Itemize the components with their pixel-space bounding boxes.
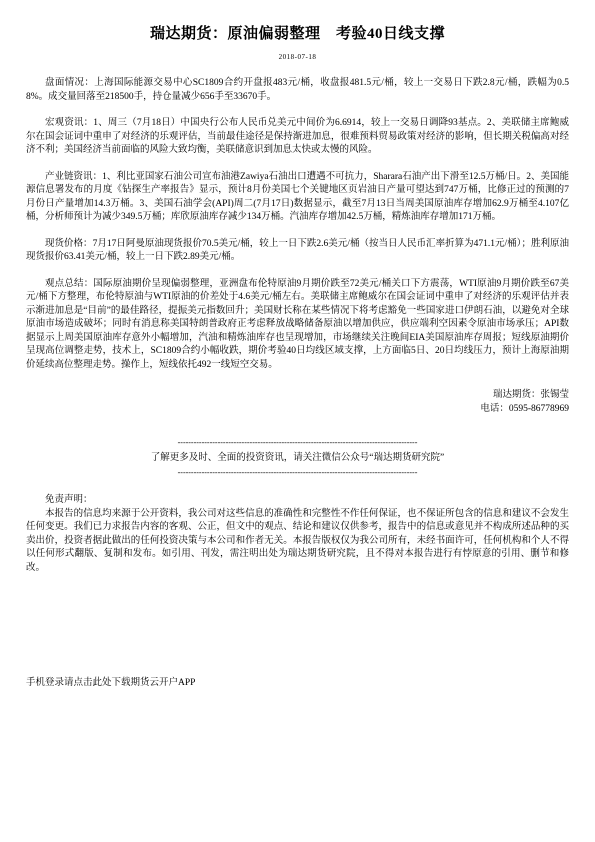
report-page: 瑞达期货：原油偏弱整理 考验40日线支撑 2018-07-18 盘面情况：上海国…	[0, 0, 595, 842]
signature-phone: 电话：0595-86778969	[26, 402, 569, 416]
wechat-promo-text: 了解更多及时、全面的投资资讯，请关注微信公众号“瑞达期货研究院”	[26, 450, 569, 466]
disclaimer-body: 本报告的信息均来源于公开资料，我公司对这些信息的准确性和完整性不作任何保证，也不…	[26, 508, 569, 576]
report-date: 2018-07-18	[26, 53, 569, 61]
signature-analyst: 瑞达期货：张锡莹	[26, 388, 569, 402]
disclaimer-section: 免责声明： 本报告的信息均来源于公开资料，我公司对这些信息的准确性和完整性不作任…	[26, 494, 569, 575]
paragraph-market-overview: 盘面情况：上海国际能源交易中心SC1809合约开盘报483元/桶，收盘报481.…	[26, 77, 569, 104]
divider-dashes-top: ----------------------------------------…	[26, 438, 569, 448]
divider-dashes-bottom: ----------------------------------------…	[26, 468, 569, 478]
report-title: 瑞达期货：原油偏弱整理 考验40日线支撑	[26, 24, 569, 44]
wechat-promo-block: ----------------------------------------…	[26, 438, 569, 478]
signature-block: 瑞达期货：张锡莹 电话：0595-86778969	[26, 388, 569, 416]
app-download-link[interactable]: 手机登录请点击此处下载期货云开户APP	[26, 677, 569, 691]
paragraph-industry-news: 产业链资讯：1、利比亚国家石油公司宣布油港Zawiya石油出口遭遇不可抗力，Sh…	[26, 171, 569, 225]
paragraph-spot-prices: 现货价格：7月17日阿曼原油现货报价70.5美元/桶，较上一日下跌2.6美元/桶…	[26, 238, 569, 265]
paragraph-macro-news: 宏观资讯：1、周三（7月18日）中国央行公布人民币兑美元中间价为6.6914，较…	[26, 117, 569, 158]
disclaimer-heading: 免责声明：	[26, 494, 569, 508]
paragraph-viewpoint-summary: 观点总结：国际原油期价呈现偏弱整理，亚洲盘布伦特原油9月期价跌至72美元/桶关口…	[26, 278, 569, 373]
